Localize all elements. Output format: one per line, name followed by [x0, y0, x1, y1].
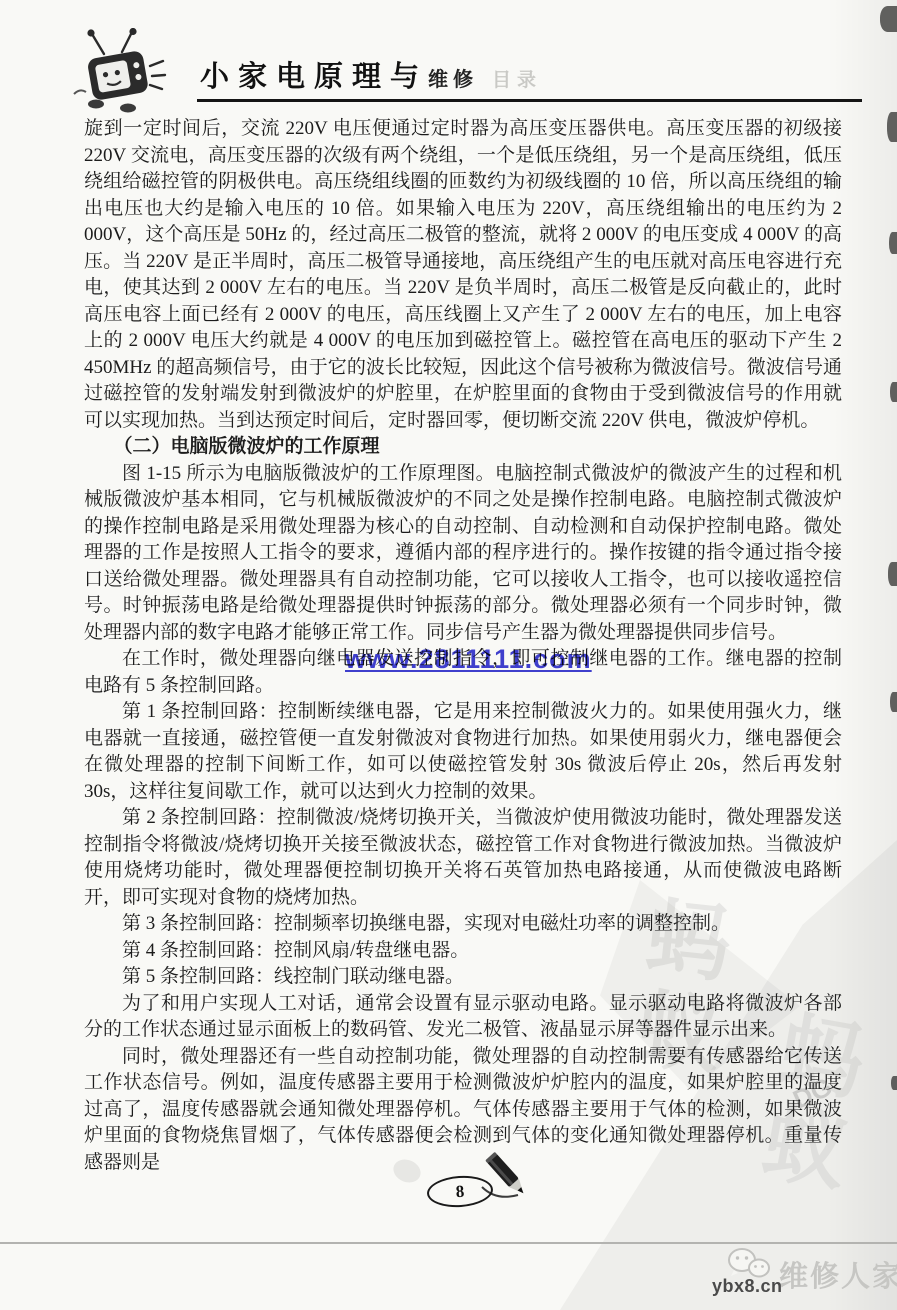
scan-edge-mark [891, 1076, 897, 1090]
cartoon-tv-mascot-icon [66, 28, 176, 116]
blue-url-watermark: www.2811111.com [345, 644, 592, 675]
page-header: 小家电原理与维修目录 [0, 0, 897, 118]
section-heading: （二）电脑版微波炉的工作原理 [84, 434, 842, 461]
paragraph: 旋到一定时间后，交流 220V 电压便通过定时器为高压变压器供电。高压变压器的初… [84, 116, 842, 434]
book-title-sub: 维修 [428, 69, 478, 91]
scan-edge-mark [890, 382, 897, 402]
book-title: 小家电原理与维修目录 [200, 54, 542, 95]
pencil-icon [478, 1147, 540, 1209]
paragraph: 第 3 条控制回路：控制频率切换继电器，实现对电磁灶功率的调整控制。 [84, 911, 842, 938]
scan-edge-mark [880, 6, 897, 32]
page-number: 8 [455, 1181, 465, 1202]
book-title-ghost: 目录 [492, 70, 542, 91]
scan-edge-mark [887, 112, 897, 142]
scanned-book-page: 蚂蚁 蚂蚁 DG 小家电原理与维修目录 [0, 0, 897, 1310]
footer-brand-name: 维修人家 [779, 1254, 897, 1295]
paragraph: 同时，微处理器还有一些自动控制功能，微处理器的自动控制需要有传感器给它传送工作状… [84, 1044, 842, 1177]
paragraph: 第 1 条控制回路：控制断续继电器，它是用来控制微波火力的。如果使用强火力，继电… [84, 699, 842, 805]
scan-edge-mark [890, 692, 897, 712]
header-rule [197, 99, 862, 102]
scan-edge-mark [888, 562, 897, 586]
footer-rule [0, 1242, 897, 1244]
scan-edge-mark [889, 232, 897, 254]
paragraph: 第 2 条控制回路：控制微波/烧烤切换开关，当微波炉使用微波功能时，微处理器发送… [84, 805, 842, 911]
footer-site-url: ybx8.cn [712, 1276, 783, 1297]
book-title-main: 小家电原理与 [200, 61, 428, 93]
paragraph: 为了和用户实现人工对话，通常会设置有显示驱动电路。显示驱动电路将微波炉各部分的工… [84, 991, 842, 1044]
paragraph: 图 1-15 所示为电脑版微波炉的工作原理图。电脑控制式微波炉的微波产生的过程和… [84, 461, 842, 647]
paragraph: 第 5 条控制回路：线控制门联动继电器。 [84, 964, 842, 991]
paragraph: 第 4 条控制回路：控制风扇/转盘继电器。 [84, 938, 842, 965]
